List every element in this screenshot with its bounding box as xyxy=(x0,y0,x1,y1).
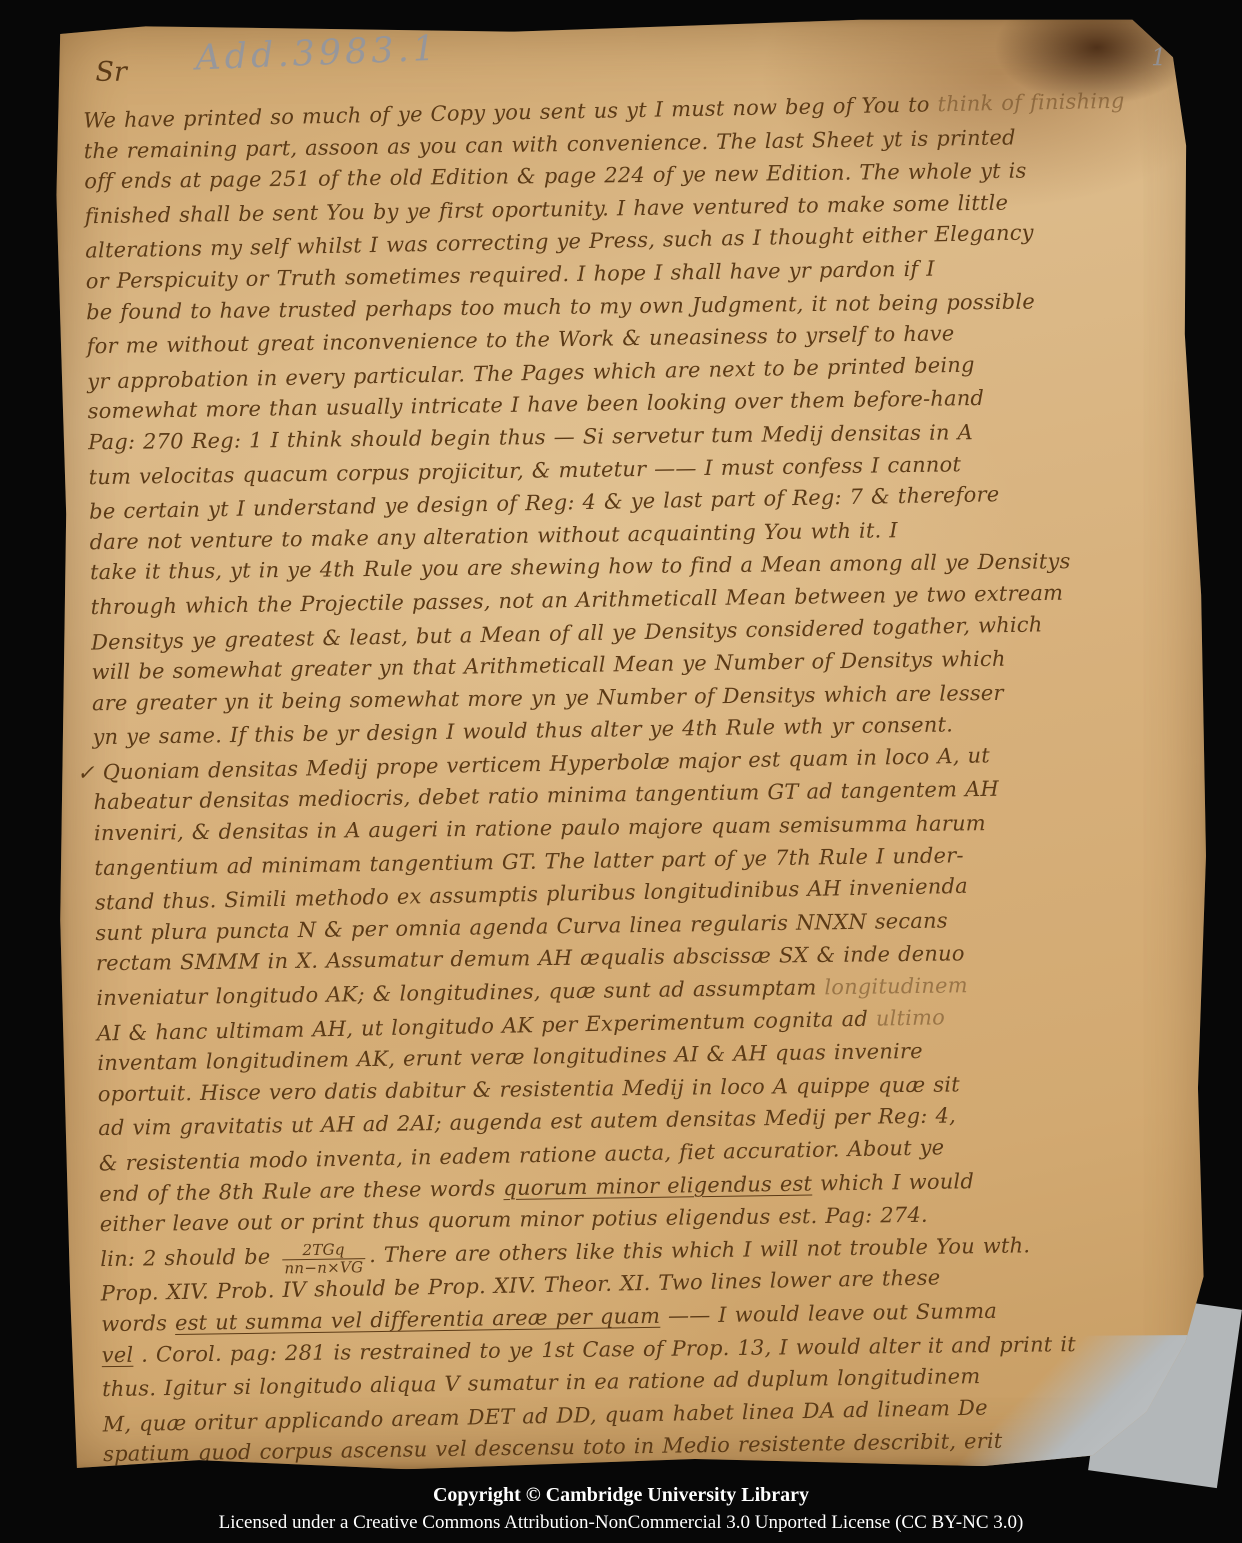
copyright-line: Copyright © Cambridge University Library xyxy=(0,1484,1242,1507)
salutation: Sr xyxy=(95,57,127,88)
license-line: Licensed under a Creative Commons Attrib… xyxy=(0,1512,1242,1534)
manuscript-paper: Sr Add.3983.1 1 We have printed so much … xyxy=(53,15,1214,1471)
manuscript-lines: We have printed so much of ye Copy you s… xyxy=(83,86,1214,1471)
page-root: { "colors": { "ink": "#5b3a16", "pencil"… xyxy=(0,0,1242,1543)
folio-number: 1 xyxy=(1151,43,1166,71)
copyright-footer: Copyright © Cambridge University Library… xyxy=(0,1471,1242,1543)
archival-classmark: Add.3983.1 xyxy=(195,29,440,79)
